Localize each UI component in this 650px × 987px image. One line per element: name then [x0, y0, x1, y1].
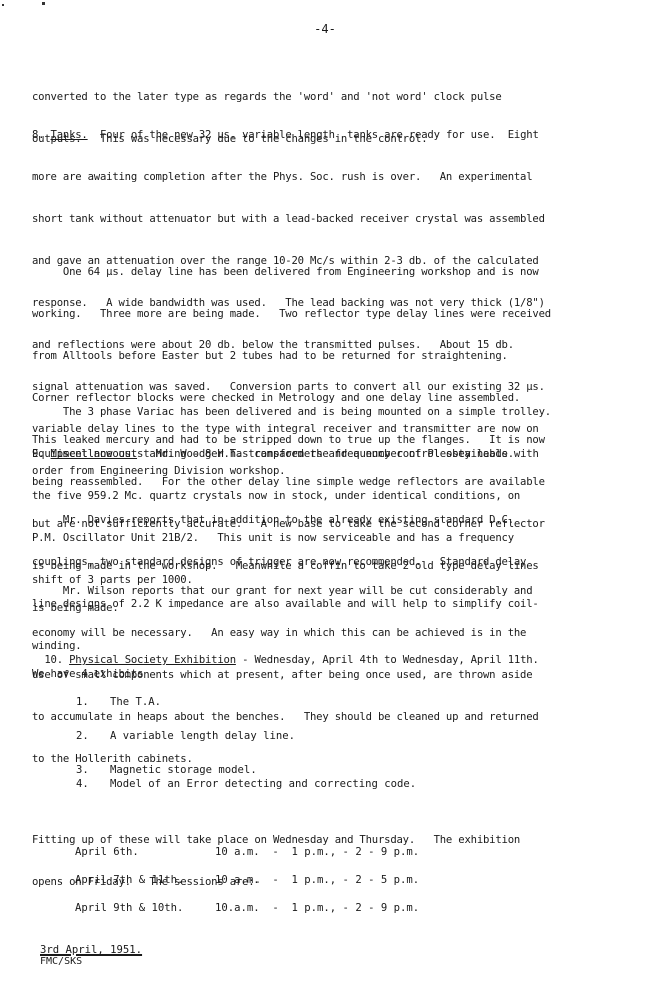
page-number: -4-: [0, 22, 650, 36]
exhibit-item: 3.Magnetic storage model.: [76, 764, 257, 776]
text-line: short tank without attenuator but with a…: [32, 212, 622, 226]
item-number: 4.: [76, 778, 110, 790]
exhibit-item: 2.A variable length delay line.: [76, 730, 295, 742]
item-text: A variable length delay line.: [110, 730, 295, 742]
text-line: economy will be necessary. An easy way i…: [32, 626, 622, 640]
session-row: April 6th.10 a.m. - 1 p.m., - 2 - 9 p.m.: [75, 846, 419, 858]
text-line: to accumulate in heaps about the benches…: [32, 710, 622, 724]
session-date: April 9th & 10th.: [75, 902, 215, 914]
section-heading: Miscellaneous.: [51, 448, 138, 460]
session-date: April 7th & 11th.: [75, 874, 215, 886]
section-number: 8.: [32, 129, 44, 141]
text-line: 9. Miscellaneous. Mr. Woodger has compar…: [32, 447, 622, 461]
text-line: Fitting up of these will take place on W…: [32, 833, 622, 847]
text-line: Four of the new 32 µs. variable length t…: [88, 129, 539, 141]
item-text: Model of an Error detecting and correcti…: [110, 778, 416, 790]
document-date: 3rd April, 1951.: [40, 944, 142, 956]
text-line: The 3 phase Variac has been delivered an…: [32, 405, 622, 419]
item-text: The T.A.: [110, 696, 161, 708]
text-line: from Alltools before Easter but 2 tubes …: [32, 349, 622, 363]
scan-mark: [2, 4, 4, 6]
session-times: 10 a.m. - 1 p.m., - 2 - 5 p.m.: [215, 874, 419, 886]
text-line: Mr. Davies reports that in addition to t…: [32, 513, 622, 527]
reference-initials: FMC/SKS: [40, 956, 142, 968]
footer: 3rd April, 1951. FMC/SKS: [40, 944, 142, 968]
scan-mark: [42, 2, 45, 5]
text-line: more are awaiting completion after the P…: [32, 170, 622, 184]
item-number: 3.: [76, 764, 110, 776]
section-heading-dates: - Wednesday, April 4th to Wednesday, Apr…: [236, 654, 539, 666]
item-text: Magnetic storage model.: [110, 764, 257, 776]
text-line: Mr. Woodger has compared the frequency c…: [137, 448, 539, 460]
session-row: April 9th & 10th.10.a.m. - 1 p.m., - 2 -…: [75, 902, 419, 914]
exhibit-item: 1.The T.A.: [76, 696, 161, 708]
session-row: April 7th & 11th.10 a.m. - 1 p.m., - 2 -…: [75, 874, 419, 886]
section-number: 10.: [44, 654, 63, 666]
item-number: 1.: [76, 696, 110, 708]
item-number: 2.: [76, 730, 110, 742]
text-line: Mr. Wilson reports that our grant for ne…: [32, 584, 622, 598]
session-times: 10.a.m. - 1 p.m., - 2 - 9 p.m.: [215, 902, 419, 914]
session-date: April 6th.: [75, 846, 215, 858]
text-line: One 64 µs. delay line has been delivered…: [32, 265, 622, 279]
text-line: 8. Tanks. Four of the new 32 µs. variabl…: [32, 128, 622, 142]
exhibits-intro: We have 4 exhibits: [32, 667, 622, 681]
section-10-heading-line: 10. Physical Society Exhibition - Wednes…: [32, 639, 622, 667]
session-times: 10 a.m. - 1 p.m., - 2 - 9 p.m.: [215, 846, 419, 858]
section-heading: Physical Society Exhibition: [69, 654, 236, 666]
section-number: 9.: [32, 448, 44, 460]
section-heading: Tanks.: [51, 129, 88, 141]
exhibit-item: 4.Model of an Error detecting and correc…: [76, 778, 416, 790]
text-line: working. Three more are being made. Two …: [32, 307, 622, 321]
